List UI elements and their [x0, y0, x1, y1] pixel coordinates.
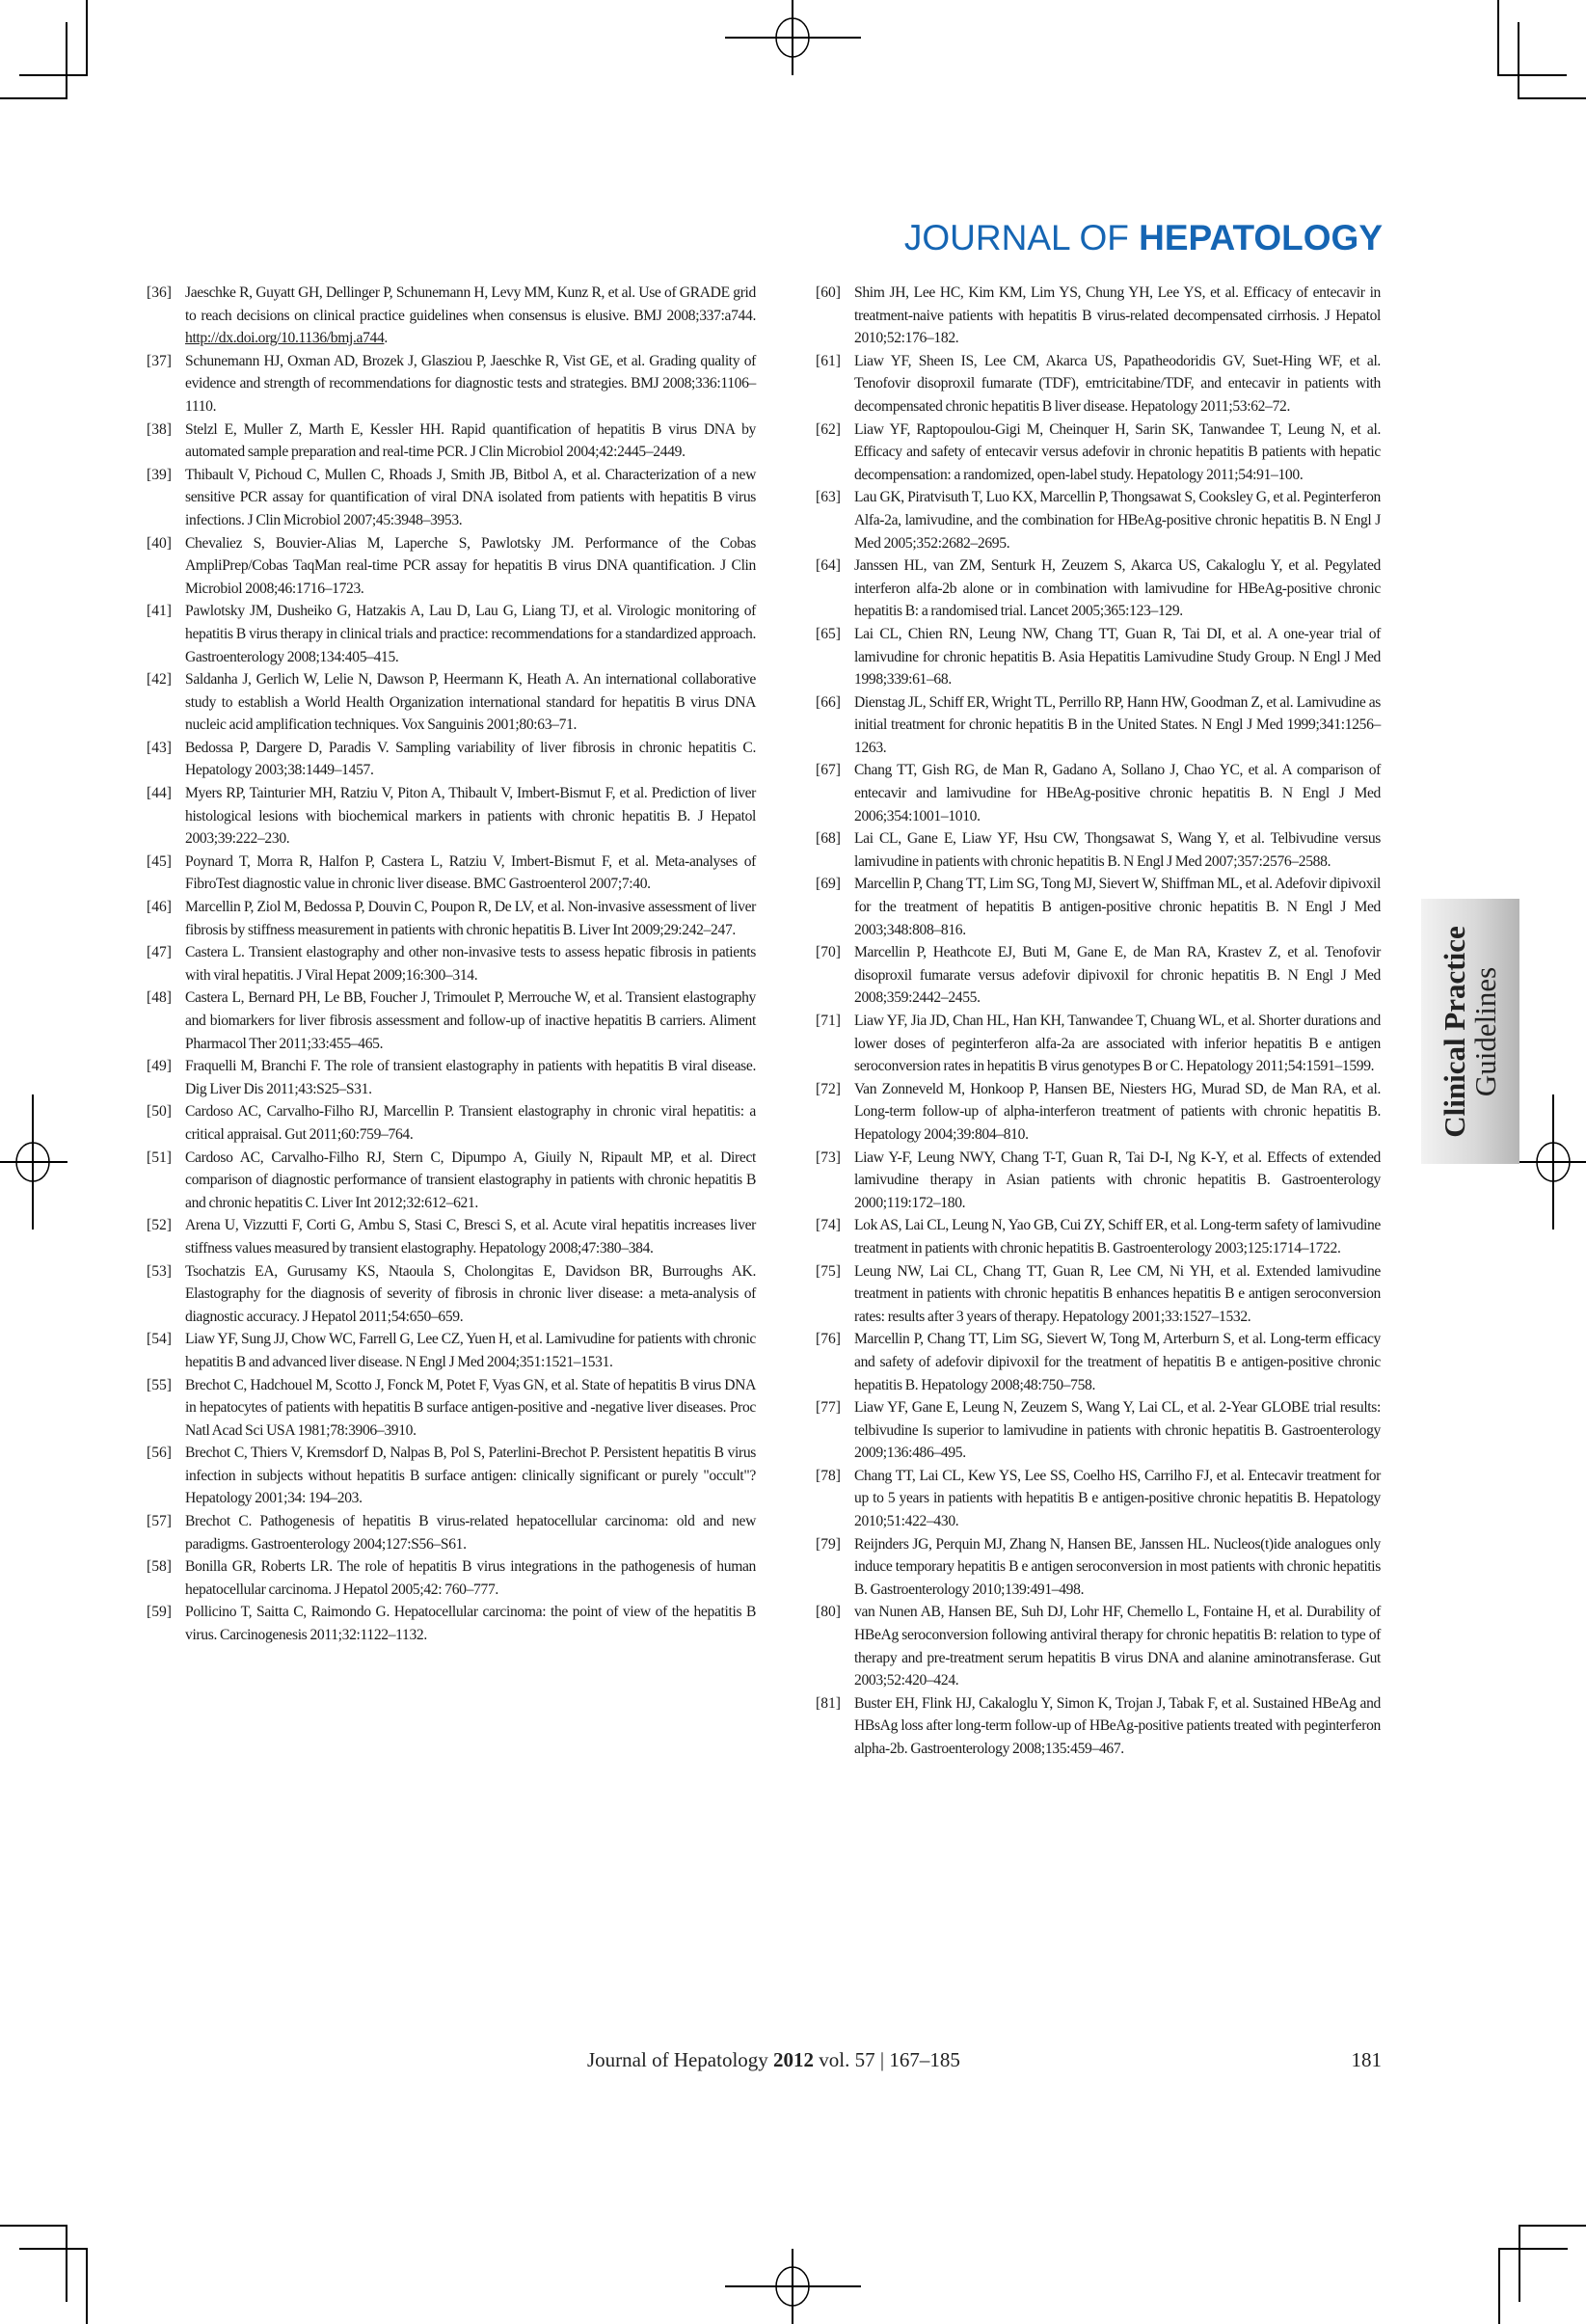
page-number: 181: [1352, 2048, 1383, 2072]
reference-text: Pollicino T, Saitta C, Raimondo G. Hepat…: [185, 1601, 756, 1646]
reference-number: [49]: [147, 1055, 185, 1100]
reference-text: Brechot C, Hadchouel M, Scotto J, Fonck …: [185, 1374, 756, 1443]
crop-mark-bottom-right: [1519, 2225, 1586, 2227]
journal-header-prefix: JOURNAL OF: [904, 218, 1129, 257]
reference-text: Castera L. Transient elastography and ot…: [185, 941, 756, 986]
reference-text: Lai CL, Chien RN, Leung NW, Chang TT, Gu…: [854, 623, 1381, 691]
reference-body: Lau GK, Piratvisuth T, Luo KX, Marcellin…: [854, 489, 1381, 551]
reference-text: Marcellin P, Chang TT, Lim SG, Tong MJ, …: [854, 873, 1381, 941]
reference-item: [51]Cardoso AC, Carvalho-Filho RJ, Stern…: [147, 1147, 756, 1215]
reference-number: [74]: [816, 1214, 854, 1259]
reference-item: [73]Liaw Y-F, Leung NWY, Chang T-T, Guan…: [816, 1147, 1381, 1215]
reference-number: [62]: [816, 419, 854, 487]
reference-number: [58]: [147, 1555, 185, 1601]
reference-text: Marcellin P, Ziol M, Bedossa P, Douvin C…: [185, 896, 756, 941]
reference-number: [57]: [147, 1510, 185, 1555]
reference-body: Tsochatzis EA, Gurusamy KS, Ntaoula S, C…: [185, 1263, 756, 1325]
reference-text: Leung NW, Lai CL, Chang TT, Guan R, Lee …: [854, 1260, 1381, 1329]
reference-text: Lai CL, Gane E, Liaw YF, Hsu CW, Thongsa…: [854, 827, 1381, 873]
reference-text: Poynard T, Morra R, Halfon P, Castera L,…: [185, 851, 756, 896]
reference-number: [60]: [816, 282, 854, 350]
reference-item: [64]Janssen HL, van ZM, Senturk H, Zeuze…: [816, 554, 1381, 623]
reference-text: Thibault V, Pichoud C, Mullen C, Rhoads …: [185, 464, 756, 532]
reference-text: Janssen HL, van ZM, Senturk H, Zeuzem S,…: [854, 554, 1381, 623]
reference-number: [52]: [147, 1214, 185, 1259]
reference-number: [42]: [147, 668, 185, 737]
reference-body: Cardoso AC, Carvalho-Filho RJ, Marcellin…: [185, 1103, 756, 1143]
reference-body: Liaw YF, Sheen IS, Lee CM, Akarca US, Pa…: [854, 353, 1381, 415]
reference-text: Saldanha J, Gerlich W, Lelie N, Dawson P…: [185, 668, 756, 737]
reference-item: [67]Chang TT, Gish RG, de Man R, Gadano …: [816, 759, 1381, 827]
reference-item: [61]Liaw YF, Sheen IS, Lee CM, Akarca US…: [816, 350, 1381, 419]
reference-body: Castera L, Bernard PH, Le BB, Foucher J,…: [185, 989, 756, 1051]
reference-text: Marcellin P, Chang TT, Lim SG, Sievert W…: [854, 1328, 1381, 1396]
reference-text: Jaeschke R, Guyatt GH, Dellinger P, Schu…: [185, 282, 756, 350]
registration-mark-top: [725, 0, 864, 77]
reference-item: [52]Arena U, Vizzutti F, Corti G, Ambu S…: [147, 1214, 756, 1259]
crop-mark-top-right: [1518, 97, 1586, 99]
reference-number: [40]: [147, 532, 185, 601]
reference-number: [67]: [816, 759, 854, 827]
reference-number: [47]: [147, 941, 185, 986]
reference-item: [57]Brechot C. Pathogenesis of hepatitis…: [147, 1510, 756, 1555]
reference-body: Chang TT, Gish RG, de Man R, Gadano A, S…: [854, 762, 1381, 824]
reference-item: [54]Liaw YF, Sung JJ, Chow WC, Farrell G…: [147, 1328, 756, 1373]
reference-body: Chevaliez S, Bouvier-Alias M, Laperche S…: [185, 535, 756, 597]
reference-text: Pawlotsky JM, Dusheiko G, Hatzakis A, La…: [185, 600, 756, 668]
crop-mark-top-left: [19, 74, 88, 76]
crop-mark-bottom-left: [0, 2225, 67, 2227]
reference-item: [66]Dienstag JL, Schiff ER, Wright TL, P…: [816, 691, 1381, 760]
reference-item: [37]Schunemann HJ, Oxman AD, Brozek J, G…: [147, 350, 756, 419]
reference-number: [73]: [816, 1147, 854, 1215]
registration-mark-right: [1519, 1094, 1586, 1230]
reference-item: [59]Pollicino T, Saitta C, Raimondo G. H…: [147, 1601, 756, 1646]
reference-body: Marcellin P, Chang TT, Lim SG, Tong MJ, …: [854, 876, 1381, 937]
reference-item: [78]Chang TT, Lai CL, Kew YS, Lee SS, Co…: [816, 1465, 1381, 1533]
reference-item: [39]Thibault V, Pichoud C, Mullen C, Rho…: [147, 464, 756, 532]
reference-item: [46]Marcellin P, Ziol M, Bedossa P, Douv…: [147, 896, 756, 941]
reference-body: Liaw YF, Gane E, Leung N, Zeuzem S, Wang…: [854, 1399, 1381, 1461]
reference-text: Cardoso AC, Carvalho-Filho RJ, Marcellin…: [185, 1100, 756, 1146]
journal-header-name: HEPATOLOGY: [1139, 218, 1383, 257]
reference-text: Lau GK, Piratvisuth T, Luo KX, Marcellin…: [854, 486, 1381, 554]
reference-item: [44]Myers RP, Tainturier MH, Ratziu V, P…: [147, 782, 756, 851]
reference-body: Buster EH, Flink HJ, Cakaloglu Y, Simon …: [854, 1695, 1381, 1757]
reference-body: Bedossa P, Dargere D, Paradis V. Samplin…: [185, 740, 756, 779]
reference-number: [54]: [147, 1328, 185, 1373]
crop-mark-bottom-left: [66, 2225, 67, 2302]
reference-item: [79]Reijnders JG, Perquin MJ, Zhang N, H…: [816, 1533, 1381, 1602]
reference-text: Liaw YF, Gane E, Leung N, Zeuzem S, Wang…: [854, 1396, 1381, 1465]
reference-number: [44]: [147, 782, 185, 851]
reference-text: Stelzl E, Muller Z, Marth E, Kessler HH.…: [185, 419, 756, 464]
reference-body: Liaw YF, Sung JJ, Chow WC, Farrell G, Le…: [185, 1331, 756, 1370]
reference-number: [53]: [147, 1260, 185, 1329]
crop-mark-top-right: [1497, 0, 1499, 75]
reference-text: Chang TT, Lai CL, Kew YS, Lee SS, Coelho…: [854, 1465, 1381, 1533]
reference-item: [56]Brechot C, Thiers V, Kremsdorf D, Na…: [147, 1442, 756, 1510]
reference-body: Castera L. Transient elastography and ot…: [185, 944, 756, 984]
reference-number: [45]: [147, 851, 185, 896]
reference-text: Buster EH, Flink HJ, Cakaloglu Y, Simon …: [854, 1692, 1381, 1761]
reference-item: [38]Stelzl E, Muller Z, Marth E, Kessler…: [147, 419, 756, 464]
section-side-tab-label: Clinical Practice Guidelines: [1439, 926, 1501, 1138]
reference-text: Chevaliez S, Bouvier-Alias M, Laperche S…: [185, 532, 756, 601]
reference-text: Tsochatzis EA, Gurusamy KS, Ntaoula S, C…: [185, 1260, 756, 1329]
reference-number: [68]: [816, 827, 854, 873]
reference-item: [58]Bonilla GR, Roberts LR. The role of …: [147, 1555, 756, 1601]
reference-body: van Nunen AB, Hansen BE, Suh DJ, Lohr HF…: [854, 1604, 1381, 1689]
registration-mark-left: [0, 1094, 69, 1230]
reference-number: [48]: [147, 986, 185, 1055]
crop-mark-bottom-left: [86, 2248, 88, 2324]
reference-body: Bonilla GR, Roberts LR. The role of hepa…: [185, 1558, 756, 1598]
reference-number: [72]: [816, 1078, 854, 1147]
reference-number: [37]: [147, 350, 185, 419]
reference-number: [71]: [816, 1010, 854, 1078]
reference-item: [43]Bedossa P, Dargere D, Paradis V. Sam…: [147, 737, 756, 782]
crop-mark-bottom-left: [19, 2248, 88, 2250]
reference-body: Marcellin P, Chang TT, Lim SG, Sievert W…: [854, 1331, 1381, 1392]
reference-body: Liaw Y-F, Leung NWY, Chang T-T, Guan R, …: [854, 1149, 1381, 1211]
reference-item: [68]Lai CL, Gane E, Liaw YF, Hsu CW, Tho…: [816, 827, 1381, 873]
reference-body: Lai CL, Gane E, Liaw YF, Hsu CW, Thongsa…: [854, 830, 1381, 870]
reference-body: Shim JH, Lee HC, Kim KM, Lim YS, Chung Y…: [854, 284, 1381, 346]
crop-mark-top-right: [1518, 22, 1519, 99]
reference-item: [45]Poynard T, Morra R, Halfon P, Caster…: [147, 851, 756, 896]
page-footer: Journal of Hepatology 2012 vol. 57 | 167…: [587, 2048, 1382, 2072]
reference-body: Liaw YF, Raptopoulou-Gigi M, Cheinquer H…: [854, 421, 1381, 483]
reference-number: [51]: [147, 1147, 185, 1215]
reference-item: [48]Castera L, Bernard PH, Le BB, Fouche…: [147, 986, 756, 1055]
reference-number: [66]: [816, 691, 854, 760]
reference-number: [80]: [816, 1601, 854, 1691]
reference-text: Myers RP, Tainturier MH, Ratziu V, Piton…: [185, 782, 756, 851]
reference-text: Bonilla GR, Roberts LR. The role of hepa…: [185, 1555, 756, 1601]
reference-item: [42]Saldanha J, Gerlich W, Lelie N, Daws…: [147, 668, 756, 737]
crop-mark-top-left: [66, 22, 67, 99]
reference-item: [77]Liaw YF, Gane E, Leung N, Zeuzem S, …: [816, 1396, 1381, 1465]
reference-body: Leung NW, Lai CL, Chang TT, Guan R, Lee …: [854, 1263, 1381, 1325]
reference-number: [63]: [816, 486, 854, 554]
reference-number: [39]: [147, 464, 185, 532]
crop-mark-top-right: [1497, 74, 1567, 76]
reference-number: [75]: [816, 1260, 854, 1329]
reference-body: Dienstag JL, Schiff ER, Wright TL, Perri…: [854, 694, 1381, 756]
section-side-tab: Clinical Practice Guidelines: [1421, 899, 1519, 1164]
reference-text: Reijnders JG, Perquin MJ, Zhang N, Hanse…: [854, 1533, 1381, 1602]
reference-item: [81]Buster EH, Flink HJ, Cakaloglu Y, Si…: [816, 1692, 1381, 1761]
reference-item: [60]Shim JH, Lee HC, Kim KM, Lim YS, Chu…: [816, 282, 1381, 350]
reference-body: Pawlotsky JM, Dusheiko G, Hatzakis A, La…: [185, 603, 756, 664]
reference-body: Arena U, Vizzutti F, Corti G, Ambu S, St…: [185, 1217, 756, 1257]
reference-body: Schunemann HJ, Oxman AD, Brozek J, Glasz…: [185, 353, 756, 415]
reference-body: Lok AS, Lai CL, Leung N, Yao GB, Cui ZY,…: [854, 1217, 1381, 1257]
reference-number: [69]: [816, 873, 854, 941]
reference-number: [56]: [147, 1442, 185, 1510]
doi-link[interactable]: http://dx.doi.org/10.1136/bmj.a744: [185, 330, 384, 346]
reference-text: Marcellin P, Heathcote EJ, Buti M, Gane …: [854, 941, 1381, 1010]
reference-text: Liaw YF, Sheen IS, Lee CM, Akarca US, Pa…: [854, 350, 1381, 419]
reference-tail: .: [384, 330, 388, 346]
reference-text: Liaw YF, Raptopoulou-Gigi M, Cheinquer H…: [854, 419, 1381, 487]
reference-body: Reijnders JG, Perquin MJ, Zhang N, Hanse…: [854, 1536, 1381, 1598]
crop-mark-bottom-right: [1519, 2225, 1520, 2302]
reference-number: [61]: [816, 350, 854, 419]
reference-body: Myers RP, Tainturier MH, Ratziu V, Piton…: [185, 785, 756, 847]
reference-item: [41]Pawlotsky JM, Dusheiko G, Hatzakis A…: [147, 600, 756, 668]
reference-item: [40]Chevaliez S, Bouvier-Alias M, Laperc…: [147, 532, 756, 601]
reference-item: [49]Fraquelli M, Branchi F. The role of …: [147, 1055, 756, 1100]
crop-mark-top-left: [86, 0, 88, 75]
reference-body: Jaeschke R, Guyatt GH, Dellinger P, Schu…: [185, 284, 756, 324]
footer-year: 2012: [773, 2048, 814, 2071]
reference-number: [64]: [816, 554, 854, 623]
crop-mark-top-left: [0, 97, 67, 99]
reference-item: [53]Tsochatzis EA, Gurusamy KS, Ntaoula …: [147, 1260, 756, 1329]
crop-mark-bottom-right: [1498, 2248, 1568, 2250]
reference-body: Chang TT, Lai CL, Kew YS, Lee SS, Coelho…: [854, 1468, 1381, 1529]
reference-text: Castera L, Bernard PH, Le BB, Foucher J,…: [185, 986, 756, 1055]
reference-text: van Nunen AB, Hansen BE, Suh DJ, Lohr HF…: [854, 1601, 1381, 1691]
reference-text: Chang TT, Gish RG, de Man R, Gadano A, S…: [854, 759, 1381, 827]
reference-body: Poynard T, Morra R, Halfon P, Castera L,…: [185, 853, 756, 893]
reference-item: [76]Marcellin P, Chang TT, Lim SG, Sieve…: [816, 1328, 1381, 1396]
reference-number: [46]: [147, 896, 185, 941]
reference-item: [69]Marcellin P, Chang TT, Lim SG, Tong …: [816, 873, 1381, 941]
journal-header: JOURNAL OF HEPATOLOGY: [904, 220, 1383, 256]
reference-number: [65]: [816, 623, 854, 691]
reference-item: [55]Brechot C, Hadchouel M, Scotto J, Fo…: [147, 1374, 756, 1443]
reference-number: [70]: [816, 941, 854, 1010]
reference-item: [71]Liaw YF, Jia JD, Chan HL, Han KH, Ta…: [816, 1010, 1381, 1078]
reference-body: Brechot C. Pathogenesis of hepatitis B v…: [185, 1513, 756, 1553]
reference-text: Shim JH, Lee HC, Kim KM, Lim YS, Chung Y…: [854, 282, 1381, 350]
reference-number: [50]: [147, 1100, 185, 1146]
reference-number: [79]: [816, 1533, 854, 1602]
registration-mark-bottom: [725, 2247, 864, 2324]
reference-text: Schunemann HJ, Oxman AD, Brozek J, Glasz…: [185, 350, 756, 419]
reference-body: Janssen HL, van ZM, Senturk H, Zeuzem S,…: [854, 557, 1381, 619]
reference-text: Van Zonneveld M, Honkoop P, Hansen BE, N…: [854, 1078, 1381, 1147]
reference-number: [41]: [147, 600, 185, 668]
reference-item: [70]Marcellin P, Heathcote EJ, Buti M, G…: [816, 941, 1381, 1010]
reference-text: Liaw Y-F, Leung NWY, Chang T-T, Guan R, …: [854, 1147, 1381, 1215]
reference-number: [36]: [147, 282, 185, 350]
reference-body: Marcellin P, Heathcote EJ, Buti M, Gane …: [854, 944, 1381, 1006]
reference-number: [55]: [147, 1374, 185, 1443]
reference-item: [62]Liaw YF, Raptopoulou-Gigi M, Cheinqu…: [816, 419, 1381, 487]
references-right-column: [60]Shim JH, Lee HC, Kim KM, Lim YS, Chu…: [816, 282, 1381, 1761]
reference-body: Stelzl E, Muller Z, Marth E, Kessler HH.…: [185, 421, 756, 461]
reference-item: [75]Leung NW, Lai CL, Chang TT, Guan R, …: [816, 1260, 1381, 1329]
reference-text: Brechot C. Pathogenesis of hepatitis B v…: [185, 1510, 756, 1555]
reference-number: [77]: [816, 1396, 854, 1465]
reference-text: Dienstag JL, Schiff ER, Wright TL, Perri…: [854, 691, 1381, 760]
reference-item: [47]Castera L. Transient elastography an…: [147, 941, 756, 986]
reference-body: Fraquelli M, Branchi F. The role of tran…: [185, 1058, 756, 1097]
reference-body: Thibault V, Pichoud C, Mullen C, Rhoads …: [185, 467, 756, 528]
reference-body: Brechot C, Hadchouel M, Scotto J, Fonck …: [185, 1377, 756, 1439]
reference-text: Liaw YF, Jia JD, Chan HL, Han KH, Tanwan…: [854, 1010, 1381, 1078]
reference-item: [63]Lau GK, Piratvisuth T, Luo KX, Marce…: [816, 486, 1381, 554]
reference-number: [43]: [147, 737, 185, 782]
reference-number: [59]: [147, 1601, 185, 1646]
crop-mark-bottom-right: [1498, 2248, 1500, 2324]
footer-volume-pages: vol. 57 | 167–185: [819, 2048, 960, 2071]
reference-item: [72]Van Zonneveld M, Honkoop P, Hansen B…: [816, 1078, 1381, 1147]
footer-citation: Journal of Hepatology 2012 vol. 57 | 167…: [587, 2048, 960, 2072]
reference-text: Arena U, Vizzutti F, Corti G, Ambu S, St…: [185, 1214, 756, 1259]
reference-body: Liaw YF, Jia JD, Chan HL, Han KH, Tanwan…: [854, 1013, 1381, 1074]
reference-body: Pollicino T, Saitta C, Raimondo G. Hepat…: [185, 1604, 756, 1643]
reference-number: [81]: [816, 1692, 854, 1761]
reference-body: Marcellin P, Ziol M, Bedossa P, Douvin C…: [185, 899, 756, 938]
reference-body: Brechot C, Thiers V, Kremsdorf D, Nalpas…: [185, 1445, 756, 1506]
reference-text: Bedossa P, Dargere D, Paradis V. Samplin…: [185, 737, 756, 782]
side-tab-line-2: Guidelines: [1470, 926, 1501, 1138]
references-left-column: [36]Jaeschke R, Guyatt GH, Dellinger P, …: [147, 282, 756, 1647]
reference-item: [65]Lai CL, Chien RN, Leung NW, Chang TT…: [816, 623, 1381, 691]
reference-item: [74]Lok AS, Lai CL, Leung N, Yao GB, Cui…: [816, 1214, 1381, 1259]
side-tab-line-1: Clinical Practice: [1439, 926, 1470, 1138]
footer-journal: Journal of Hepatology: [587, 2048, 768, 2071]
reference-item: [80]van Nunen AB, Hansen BE, Suh DJ, Loh…: [816, 1601, 1381, 1691]
reference-body: Saldanha J, Gerlich W, Lelie N, Dawson P…: [185, 671, 756, 733]
reference-text: Liaw YF, Sung JJ, Chow WC, Farrell G, Le…: [185, 1328, 756, 1373]
reference-text: Cardoso AC, Carvalho-Filho RJ, Stern C, …: [185, 1147, 756, 1215]
reference-body: Cardoso AC, Carvalho-Filho RJ, Stern C, …: [185, 1149, 756, 1211]
reference-number: [38]: [147, 419, 185, 464]
reference-number: [78]: [816, 1465, 854, 1533]
reference-text: Brechot C, Thiers V, Kremsdorf D, Nalpas…: [185, 1442, 756, 1510]
reference-number: [76]: [816, 1328, 854, 1396]
reference-text: Fraquelli M, Branchi F. The role of tran…: [185, 1055, 756, 1100]
reference-item: [36]Jaeschke R, Guyatt GH, Dellinger P, …: [147, 282, 756, 350]
reference-body: Lai CL, Chien RN, Leung NW, Chang TT, Gu…: [854, 626, 1381, 688]
reference-body: Van Zonneveld M, Honkoop P, Hansen BE, N…: [854, 1081, 1381, 1143]
reference-item: [50]Cardoso AC, Carvalho-Filho RJ, Marce…: [147, 1100, 756, 1146]
reference-text: Lok AS, Lai CL, Leung N, Yao GB, Cui ZY,…: [854, 1214, 1381, 1259]
